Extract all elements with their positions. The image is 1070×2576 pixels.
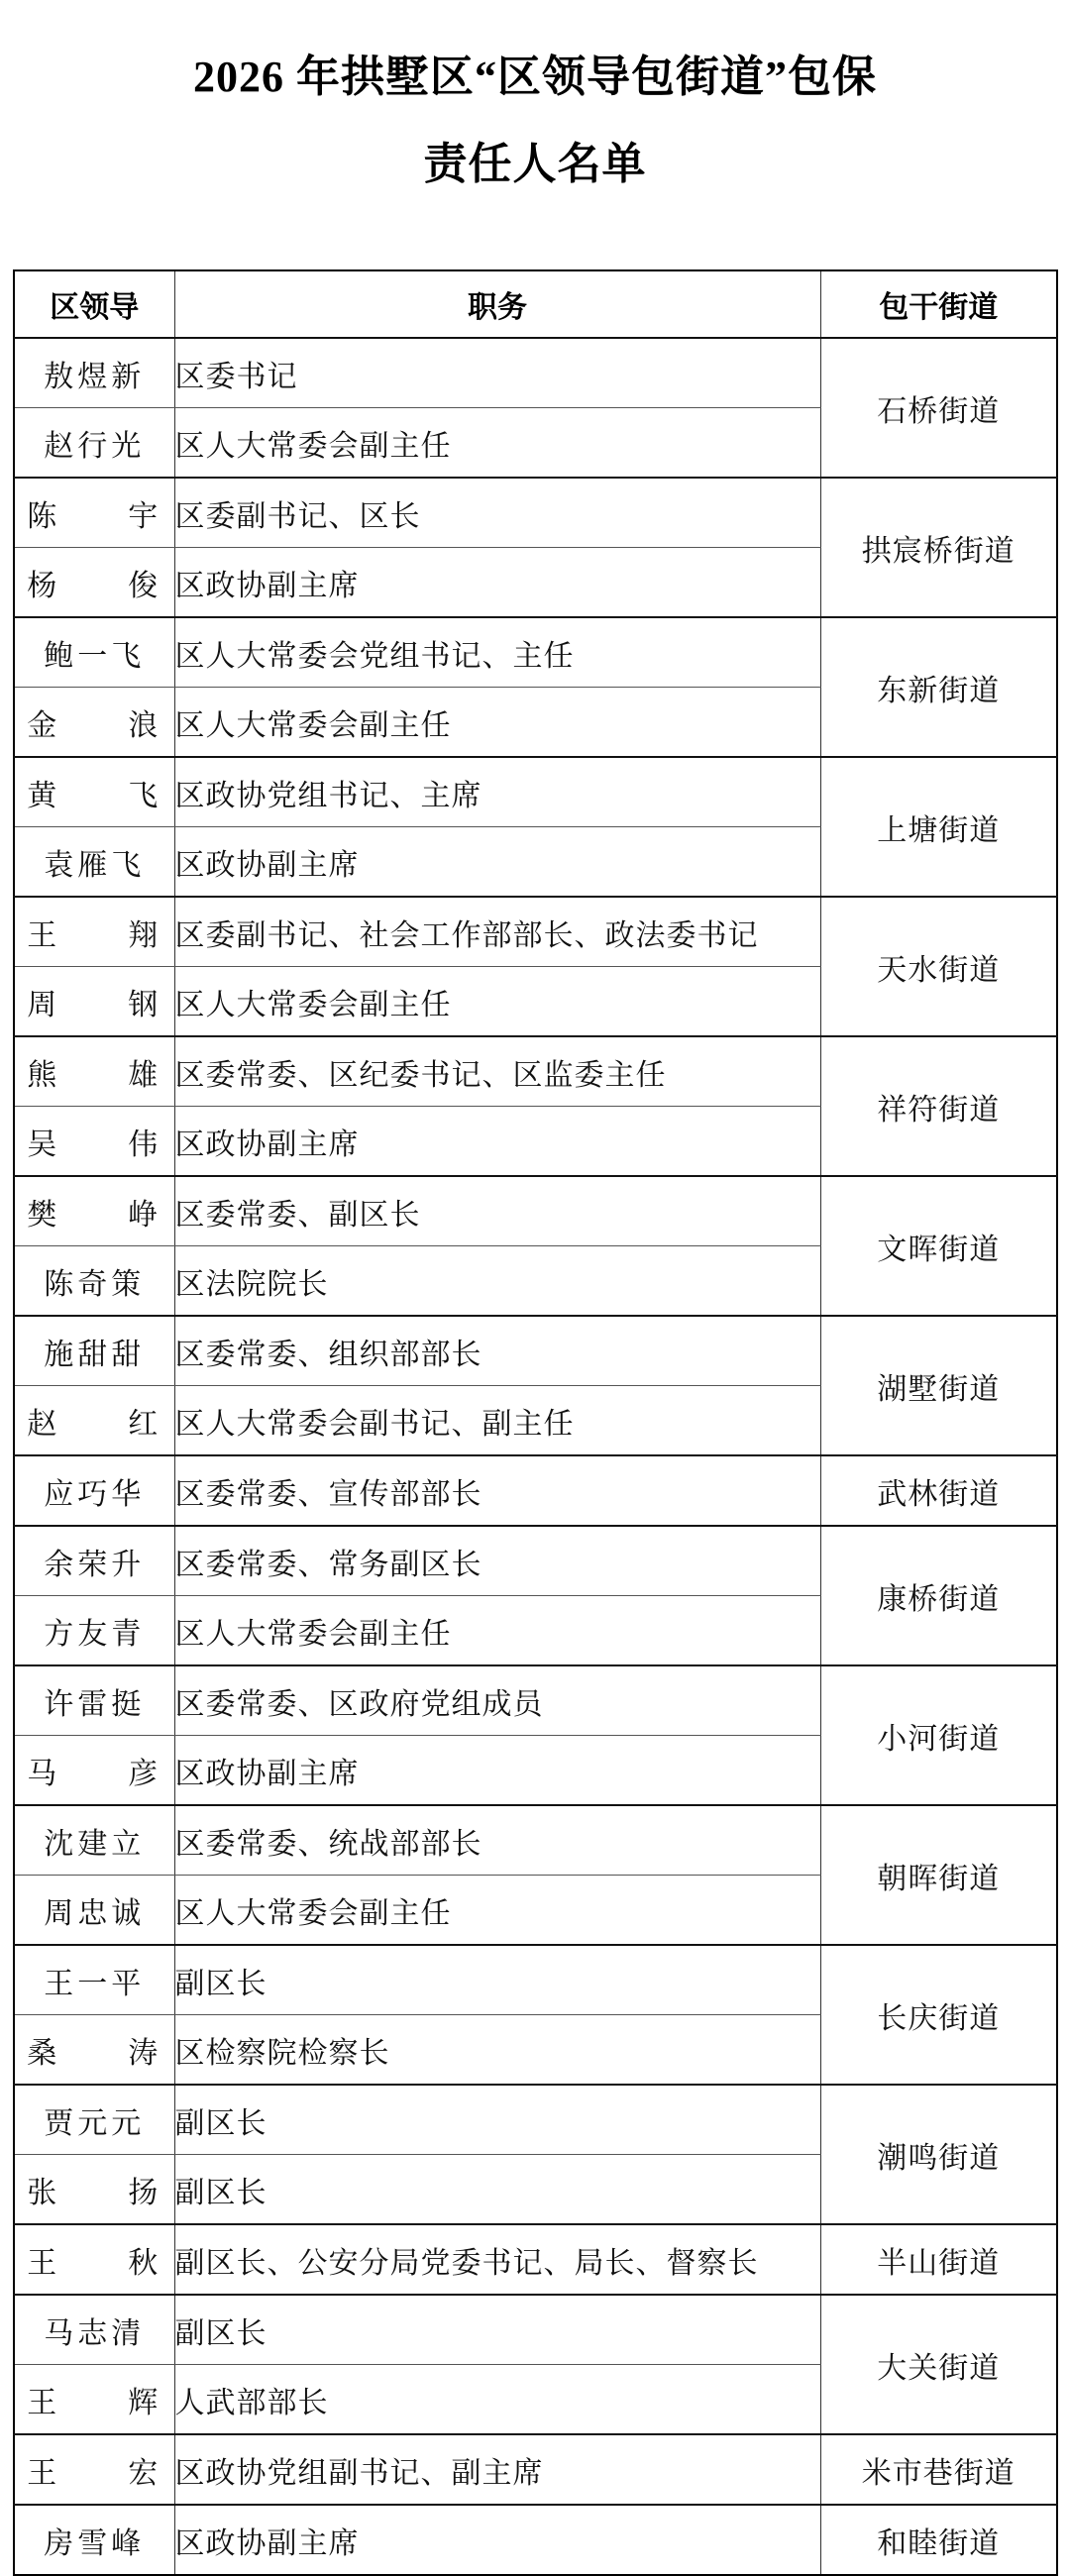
table-row: 王一平副区长长庆街道 (14, 1945, 1057, 2015)
leader-position: 区人大常委会副书记、副主任 (174, 1386, 820, 1456)
leader-position: 区委常委、区纪委书记、区监委主任 (174, 1036, 820, 1107)
leader-name: 张 扬 (14, 2155, 174, 2225)
street-name: 小河街道 (820, 1665, 1057, 1805)
table-header-row: 区领导 职务 包干街道 (14, 270, 1057, 338)
leader-position: 区政协党组书记、主席 (174, 757, 820, 827)
leader-name: 马志清 (14, 2295, 174, 2365)
leader-name: 施甜甜 (14, 1316, 174, 1386)
street-name: 石桥街道 (820, 338, 1057, 478)
leader-name: 王 宏 (14, 2434, 174, 2505)
leader-name: 周忠诚 (14, 1876, 174, 1946)
leader-position: 区检察院检察长 (174, 2015, 820, 2086)
leader-position: 区委副书记、社会工作部部长、政法委书记 (174, 897, 820, 967)
leader-name: 房雪峰 (14, 2505, 174, 2575)
leader-name: 赵 红 (14, 1386, 174, 1456)
table-row: 施甜甜区委常委、组织部部长湖墅街道 (14, 1316, 1057, 1386)
document-page: { "title": { "line1": "2026 年拱墅区“区领导包街道”… (0, 0, 1070, 2557)
leader-name: 杨 俊 (14, 548, 174, 618)
leader-position: 区政协副主席 (174, 827, 820, 898)
street-name: 半山街道 (820, 2224, 1057, 2295)
table-row: 黄 飞区政协党组书记、主席上塘街道 (14, 757, 1057, 827)
table-row: 樊 峥区委常委、副区长文晖街道 (14, 1176, 1057, 1246)
leader-position: 区政协副主席 (174, 1107, 820, 1177)
page-title-line1: 2026 年拱墅区“区领导包街道”包保 (0, 34, 1070, 121)
table-row: 贾元元副区长潮鸣街道 (14, 2085, 1057, 2155)
street-name: 朝晖街道 (820, 1805, 1057, 1945)
leader-position: 区委常委、统战部部长 (174, 1805, 820, 1876)
leader-name: 沈建立 (14, 1805, 174, 1876)
street-name: 天水街道 (820, 897, 1057, 1036)
leader-position: 区委书记 (174, 338, 820, 408)
leader-name: 金 浪 (14, 688, 174, 758)
street-name: 武林街道 (820, 1455, 1057, 1526)
table-row: 余荣升区委常委、常务副区长康桥街道 (14, 1526, 1057, 1596)
leader-name: 王一平 (14, 1945, 174, 2015)
leader-name: 陈 宇 (14, 478, 174, 548)
leader-name: 王 秋 (14, 2224, 174, 2295)
leader-position: 区政协副主席 (174, 548, 820, 618)
street-name: 拱宸桥街道 (820, 478, 1057, 617)
leader-position: 区委常委、副区长 (174, 1176, 820, 1246)
table-row: 陈 宇区委副书记、区长拱宸桥街道 (14, 478, 1057, 548)
page-title: 2026 年拱墅区“区领导包街道”包保 责任人名单 (0, 0, 1070, 208)
leader-position: 区委副书记、区长 (174, 478, 820, 548)
table-row: 应巧华区委常委、宣传部部长武林街道 (14, 1455, 1057, 1526)
leader-position: 区人大常委会副主任 (174, 1596, 820, 1666)
leader-name: 王 辉 (14, 2365, 174, 2435)
street-name: 东新街道 (820, 617, 1057, 757)
header-district-leader: 区领导 (14, 270, 174, 338)
leader-position: 区政协党组副书记、副主席 (174, 2434, 820, 2505)
table-row: 王 翔区委副书记、社会工作部部长、政法委书记天水街道 (14, 897, 1057, 967)
table-row: 王 宏区政协党组副书记、副主席米市巷街道 (14, 2434, 1057, 2505)
leader-name: 吴 伟 (14, 1107, 174, 1177)
leader-name: 敖煜新 (14, 338, 174, 408)
leader-position: 区人大常委会副主任 (174, 1876, 820, 1946)
table-row: 许雷挺区委常委、区政府党组成员小河街道 (14, 1665, 1057, 1736)
street-name: 潮鸣街道 (820, 2085, 1057, 2224)
table-row: 房雪峰区政协副主席和睦街道 (14, 2505, 1057, 2575)
street-name: 和睦街道 (820, 2505, 1057, 2575)
leader-name: 余荣升 (14, 1526, 174, 1596)
leader-position: 区政协副主席 (174, 2505, 820, 2575)
table-row: 沈建立区委常委、统战部部长朝晖街道 (14, 1805, 1057, 1876)
leader-position: 区人大常委会副主任 (174, 408, 820, 479)
leader-name: 桑 涛 (14, 2015, 174, 2086)
leader-position: 副区长 (174, 2155, 820, 2225)
leader-position: 人武部部长 (174, 2365, 820, 2435)
leader-position: 区委常委、常务副区长 (174, 1526, 820, 1596)
street-name: 大关街道 (820, 2295, 1057, 2434)
leader-name: 赵行光 (14, 408, 174, 479)
leader-position: 副区长、公安分局党委书记、局长、督察长 (174, 2224, 820, 2295)
leader-position: 区委常委、宣传部部长 (174, 1455, 820, 1526)
street-name: 祥符街道 (820, 1036, 1057, 1176)
header-assigned-street: 包干街道 (820, 270, 1057, 338)
responsibility-table: 区领导 职务 包干街道 敖煜新区委书记石桥街道赵行光区人大常委会副主任陈 宇区委… (13, 269, 1058, 2576)
leader-name: 方友青 (14, 1596, 174, 1666)
page-title-line2: 责任人名单 (0, 121, 1070, 208)
street-name: 湖墅街道 (820, 1316, 1057, 1455)
leader-position: 区委常委、组织部部长 (174, 1316, 820, 1386)
street-name: 上塘街道 (820, 757, 1057, 897)
leader-name: 陈奇策 (14, 1246, 174, 1317)
leader-name: 许雷挺 (14, 1665, 174, 1736)
leader-name: 王 翔 (14, 897, 174, 967)
leader-position: 区人大常委会党组书记、主任 (174, 617, 820, 688)
leader-position: 区政协副主席 (174, 1736, 820, 1806)
leader-position: 副区长 (174, 1945, 820, 2015)
leader-name: 袁雁飞 (14, 827, 174, 898)
leader-position: 副区长 (174, 2085, 820, 2155)
street-name: 长庆街道 (820, 1945, 1057, 2085)
table-row: 熊 雄区委常委、区纪委书记、区监委主任祥符街道 (14, 1036, 1057, 1107)
leader-name: 马 彦 (14, 1736, 174, 1806)
header-position: 职务 (174, 270, 820, 338)
table-row: 王 秋副区长、公安分局党委书记、局长、督察长半山街道 (14, 2224, 1057, 2295)
street-name: 康桥街道 (820, 1526, 1057, 1665)
street-name: 米市巷街道 (820, 2434, 1057, 2505)
leader-position: 区法院院长 (174, 1246, 820, 1317)
table-row: 鲍一飞区人大常委会党组书记、主任东新街道 (14, 617, 1057, 688)
leader-name: 熊 雄 (14, 1036, 174, 1107)
leader-name: 应巧华 (14, 1455, 174, 1526)
table-row: 敖煜新区委书记石桥街道 (14, 338, 1057, 408)
leader-position: 副区长 (174, 2295, 820, 2365)
leader-name: 周 钢 (14, 967, 174, 1037)
street-name: 文晖街道 (820, 1176, 1057, 1316)
table-row: 马志清副区长大关街道 (14, 2295, 1057, 2365)
leader-name: 樊 峥 (14, 1176, 174, 1246)
leader-position: 区人大常委会副主任 (174, 967, 820, 1037)
leader-position: 区委常委、区政府党组成员 (174, 1665, 820, 1736)
leader-position: 区人大常委会副主任 (174, 688, 820, 758)
leader-name: 贾元元 (14, 2085, 174, 2155)
leader-name: 鲍一飞 (14, 617, 174, 688)
leader-name: 黄 飞 (14, 757, 174, 827)
